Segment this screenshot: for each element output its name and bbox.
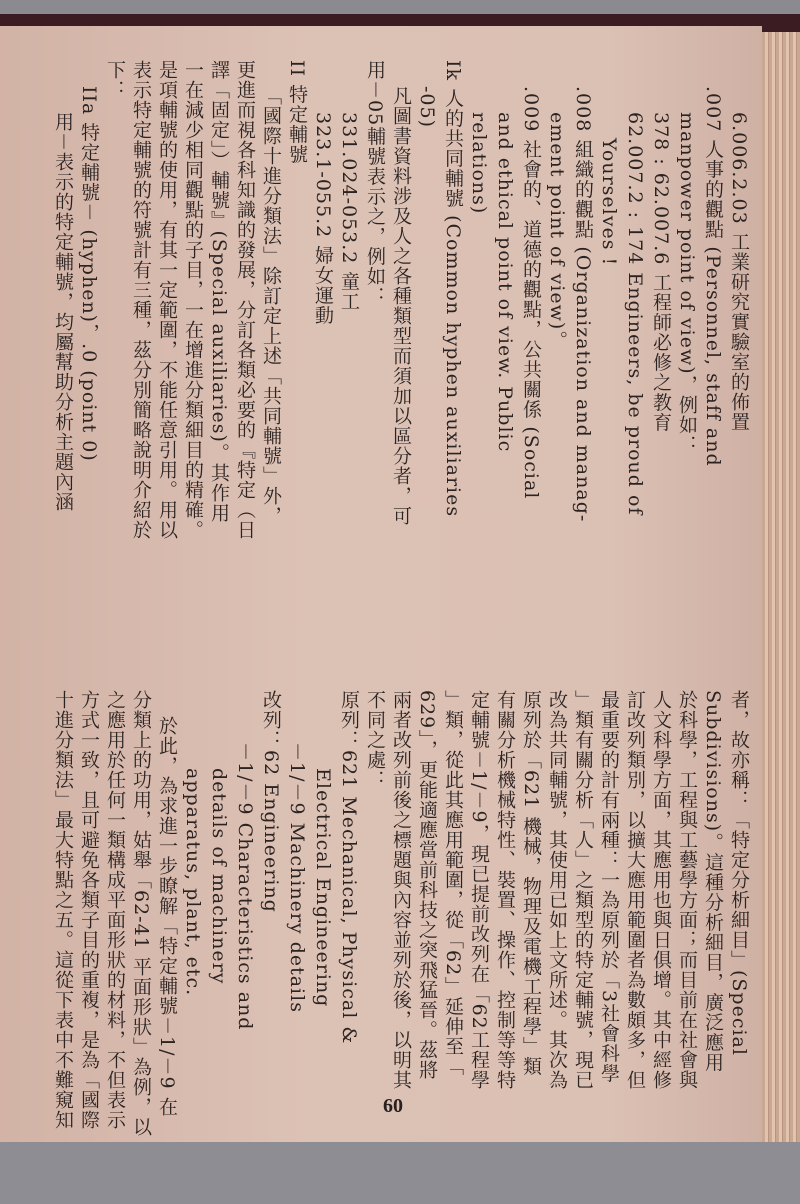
paragraph-ii-line4: 一在減少相同觀點的子目，一在增進分類細目的精確。	[180, 60, 206, 620]
backdrop-bottom	[0, 1142, 800, 1204]
lower-paragraph-line3: 之應用於任何一類構成平面形狀的材料，不但表示	[102, 690, 128, 1110]
entry-008: .008 組織的觀點 (Organization and manag-	[570, 60, 596, 620]
lower-line-13: 629」，更能適應當前科技之突飛猛晉。茲將	[414, 690, 440, 1110]
lower-line-6: 最重要的計有兩種：一為原列於「3社會科學	[596, 690, 622, 1110]
heading-ii: II 特定輔號	[284, 60, 310, 620]
lower-line-7: 」類有關分析「人」之類型的特定輔號，現已	[570, 690, 596, 1110]
entry-006-2-03: 6.006.2.03 工業研究實驗室的佈置	[726, 60, 752, 620]
entry-009: .009 社會的、道德的觀點，公共關係 (Social	[518, 60, 544, 620]
paragraph-iia: 用－表示的特定輔號，均屬幫助分析主題內涵	[50, 60, 76, 620]
paragraph-ii-line7: 下：	[102, 60, 128, 620]
heading-ik: Ik 人的共同輔號 (Common hyphen auxiliaries	[440, 60, 466, 620]
lower-paragraph-line4: 方式一致，且可避免各類子目的重複，是為「國際	[76, 690, 102, 1110]
lower-line-15: 不同之處：	[362, 690, 388, 1110]
revised-listing-sub-cont2: apparatus, plant, etc.	[180, 690, 206, 1110]
example-331: 331.024-053.2 童工	[336, 60, 362, 620]
lower-paragraph-line1: 於此，為求進一步瞭解「特定輔號－1/－9 在	[154, 690, 180, 1110]
paragraph-ik-cont: 用－05輔號表示之，例如：	[362, 60, 388, 620]
lower-line-1: 者，故亦稱：「特定分析細目」(Special	[726, 690, 752, 1110]
upper-text-block: 6.006.2.03 工業研究實驗室的佈置 .007 人事的觀點 (Person…	[50, 60, 752, 620]
example-323: 323.1-055.2 婦女運動	[310, 60, 336, 620]
paragraph-ii-line3: 譯「固定」）輔號』(Special auxiliaries)。其作用	[206, 60, 232, 620]
lower-line-4: 人文科學方面，其應用也與日俱增。其中經修	[648, 690, 674, 1110]
lower-line-14: 兩者改列前後之標題與內容並列於後，以明其	[388, 690, 414, 1110]
paragraph-ii-line5: 是項輔號的使用，有其一定範圍，不能任意引用。用以	[154, 60, 180, 620]
entry-009-cont2: relations)	[466, 60, 492, 620]
lower-line-5: 訂改列類別，以擴大應用範圍者為數頗多，但	[622, 690, 648, 1110]
revised-listing-sub-cont: details of machinery	[206, 690, 232, 1110]
lower-line-12: 」類，從此其應用範圍，從「62」延伸至「	[440, 690, 466, 1110]
entry-007-cont: manpower point of view)，例如：	[674, 60, 700, 620]
entry-007: .007 人事的觀點 (Personnel, staff and	[700, 60, 726, 620]
paragraph-ik: 凡圖書資料涉及人之各種類型而須加以區分者，可	[388, 60, 414, 620]
page-stack-edge	[762, 32, 800, 1142]
lower-paragraph-line2: 分類上的功用，姑舉「62-41 平面形狀」為例，以	[128, 690, 154, 1110]
example-378: 378 : 62.007.6 工程師必修之教育	[648, 60, 674, 620]
entry-008-cont: ement point of view)。	[544, 60, 570, 620]
original-listing-sub: －1/－9 Machinery details	[284, 690, 310, 1110]
heading-ik-cont: -05)	[414, 60, 440, 620]
example-62-007-2-cont: Yourselves !	[596, 60, 622, 620]
paragraph-ii-line1: 「國際十進分類法」除訂定上述「共同輔號」外，	[258, 60, 284, 620]
heading-iia: IIa 特定輔號－ (hyphen)，.0 (point 0)	[76, 60, 102, 620]
page-number: 60	[383, 1095, 403, 1118]
example-62-007-2: 62.007.2 : 174 Engineers, be proud of	[622, 60, 648, 620]
revised-listing-sub: －1/－9 Characteristics and	[232, 690, 258, 1110]
lower-paragraph-line5: 十進分類法」最大特點之五。這從下表中不難窺知	[50, 690, 76, 1110]
lower-line-9: 原列於「621 機械，物理及電機工程學」類	[518, 690, 544, 1110]
original-listing-cont: Electrical Engineering	[310, 690, 336, 1110]
revised-listing: 改列：62 Engineering	[258, 690, 284, 1110]
lower-line-11: 定輔號－1/－9，現已提前改列在「62工程學	[466, 690, 492, 1110]
paragraph-ii-line6: 表示特定輔號的符號計有三種，茲分別簡略說明介紹於	[128, 60, 154, 620]
entry-009-cont: and ethical point of view. Public	[492, 60, 518, 620]
lower-text-block: 者，故亦稱：「特定分析細目」(Special Subdivisions)。這種分…	[50, 690, 752, 1110]
lower-line-8: 改為共同輔號，其使用已如上文所述。其次為	[544, 690, 570, 1110]
lower-line-2: Subdivisions)。這種分析細目，廣泛應用	[700, 690, 726, 1110]
lower-line-3: 於科學，工程與工藝學方面；而目前在社會與	[674, 690, 700, 1110]
original-listing: 原列：621 Mechanical, Physical &	[336, 690, 362, 1110]
lower-line-10: 有關分析機械特性、裝置、操作、控制等等特	[492, 690, 518, 1110]
paragraph-ii-line2: 更進而視各科知識的發展，分訂各類必要的『特定（日	[232, 60, 258, 620]
